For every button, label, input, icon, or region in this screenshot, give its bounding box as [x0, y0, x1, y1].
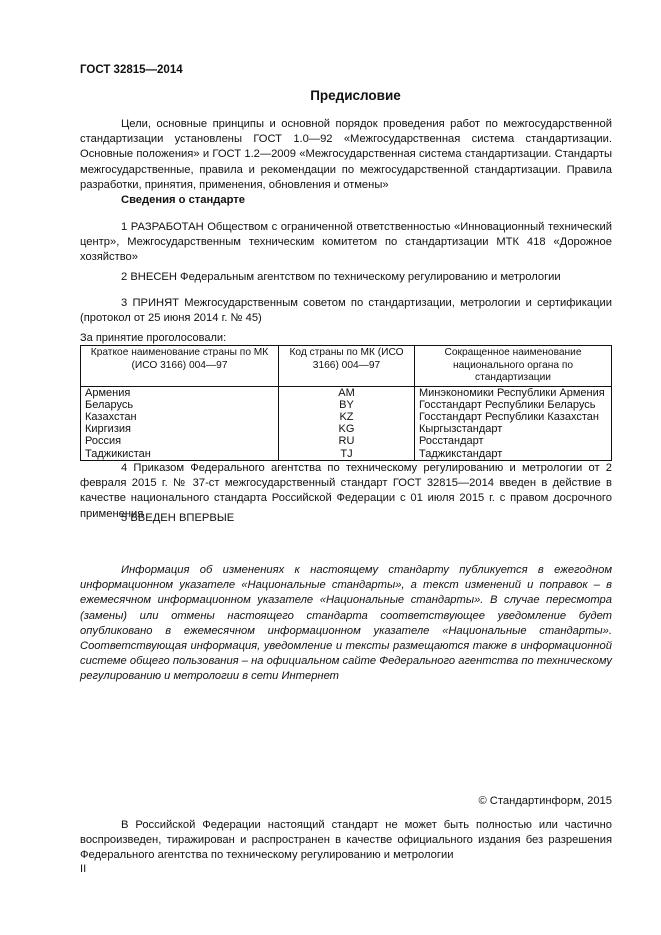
country-code: RU	[279, 435, 415, 447]
amendments-notice: Информация об изменениях к настоящему ст…	[80, 563, 612, 685]
country-name: Армения	[81, 386, 279, 399]
country-code: KG	[279, 423, 415, 435]
country-code: KZ	[279, 411, 415, 423]
table-row: КиргизияKGКыргызстандарт	[81, 423, 612, 435]
intro-text: Цели, основные принципы и основной поряд…	[80, 118, 612, 191]
table-row: АрменияAMМинэкономики Республики Армения	[81, 386, 612, 399]
item-adopted-text: 3 ПРИНЯТ Межгосударственным советом по с…	[80, 297, 612, 324]
country-code: BY	[279, 399, 415, 411]
copyright: © Стандартинформ, 2015	[80, 795, 612, 807]
country-name: Казахстан	[81, 411, 279, 423]
document-id: ГОСТ 32815—2014	[80, 64, 183, 76]
table-row: ТаджикистанTJТаджикстандарт	[81, 448, 612, 461]
item-adopted: 3 ПРИНЯТ Межгосударственным советом по с…	[80, 296, 612, 326]
vote-table: Краткое наименование страны по МК (ИСО 3…	[80, 345, 612, 461]
item-submitted: 2 ВНЕСЕН Федеральным агентством по техни…	[80, 270, 612, 285]
amendments-notice-text: Информация об изменениях к настоящему ст…	[80, 564, 612, 682]
standards-body: Минэкономики Республики Армения	[415, 386, 612, 399]
country-name: Россия	[81, 435, 279, 447]
rights-notice: В Российской Федерации настоящий стандар…	[80, 818, 612, 864]
item-developed-text: 1 РАЗРАБОТАН Обществом с ограниченной от…	[80, 221, 612, 263]
column-header-country: Краткое наименование страны по МК (ИСО 3…	[81, 346, 279, 387]
table-row: РоссияRUРосстандарт	[81, 435, 612, 447]
standards-body: Госстандарт Республики Казахстан	[415, 411, 612, 423]
rights-notice-text: В Российской Федерации настоящий стандар…	[80, 819, 612, 861]
vote-caption: За принятие проголосовали:	[80, 332, 226, 344]
standards-body: Кыргызстандарт	[415, 423, 612, 435]
column-header-code: Код страны по МК (ИСО 3166) 004—97	[279, 346, 415, 387]
page-number: II	[80, 863, 86, 875]
item-first-introduced: 5 ВВЕДЕН ВПЕРВЫЕ	[80, 511, 612, 526]
standards-body: Таджикстандарт	[415, 448, 612, 461]
intro-paragraph: Цели, основные принципы и основной поряд…	[80, 117, 612, 193]
table-row: КазахстанKZГосстандарт Республики Казахс…	[81, 411, 612, 423]
column-header-body: Сокращенное наименование национального о…	[415, 346, 612, 387]
country-name: Киргизия	[81, 423, 279, 435]
country-code: TJ	[279, 448, 415, 461]
section-heading: Сведения о стандарте	[80, 193, 612, 208]
item-developed: 1 РАЗРАБОТАН Обществом с ограниченной от…	[80, 220, 612, 266]
country-name: Беларусь	[81, 399, 279, 411]
standards-body: Росстандарт	[415, 435, 612, 447]
country-code: AM	[279, 386, 415, 399]
page-title: Предисловие	[0, 88, 661, 103]
country-name: Таджикистан	[81, 448, 279, 461]
item-submitted-text: 2 ВНЕСЕН Федеральным агентством по техни…	[121, 271, 561, 283]
table-row: БеларусьBYГосстандарт Республики Беларус…	[81, 399, 612, 411]
item-first-introduced-text: 5 ВВЕДЕН ВПЕРВЫЕ	[121, 512, 234, 524]
standards-body: Госстандарт Республики Беларусь	[415, 399, 612, 411]
